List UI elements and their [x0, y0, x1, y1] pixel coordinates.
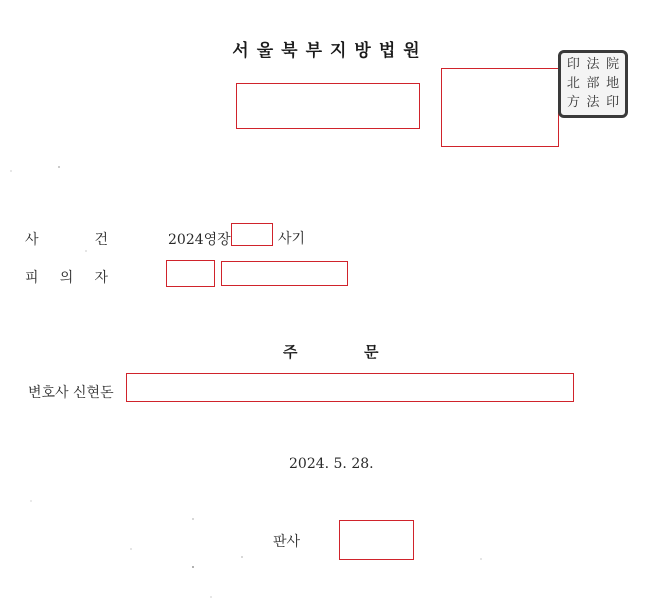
suspect-label-char: 자 — [94, 267, 108, 287]
case-number-prefix: 2024영장 — [168, 229, 231, 249]
seal-glyph: 法 — [584, 94, 603, 112]
redacted-judge-name — [339, 520, 414, 560]
case-label-char: 사 — [25, 229, 39, 249]
seal-glyph: 部 — [584, 75, 603, 93]
scan-speck — [210, 596, 212, 598]
seal-glyph: 北 — [564, 75, 583, 93]
order-heading-char-2: 문 — [364, 341, 379, 362]
suspect-label-char: 피 — [25, 267, 39, 287]
redacted-document-title — [236, 83, 420, 129]
suspect-label-char: 의 — [60, 267, 74, 287]
redacted-order-text — [126, 373, 574, 402]
scan-speck — [192, 566, 194, 568]
court-seal: 印 法 院 北 部 地 方 法 印 — [558, 50, 628, 118]
scan-speck — [30, 500, 32, 502]
seal-glyph: 印 — [603, 94, 622, 112]
seal-glyph: 方 — [564, 94, 583, 112]
scan-speck — [241, 556, 243, 558]
seal-glyph: 印 — [564, 56, 583, 74]
seal-glyph: 地 — [603, 75, 622, 93]
seal-glyph: 法 — [584, 56, 603, 74]
scan-speck — [85, 250, 87, 252]
redacted-suspect-name — [166, 260, 215, 287]
court-title: 서울북부지방법원 — [200, 36, 460, 61]
redacted-stamp-area — [441, 68, 559, 147]
scan-speck — [130, 548, 132, 550]
redacted-suspect-info — [221, 261, 348, 286]
document-date: 2024. 5. 28. — [289, 456, 374, 472]
suspect-label: 피 의 자 — [25, 267, 108, 287]
judge-label: 판사 — [273, 531, 300, 551]
redacted-case-number — [231, 223, 273, 246]
scan-speck — [58, 166, 60, 168]
scan-speck — [10, 170, 12, 172]
order-heading-char-1: 주 — [283, 341, 298, 362]
case-label-char: 건 — [94, 229, 108, 249]
seal-glyph: 院 — [603, 56, 622, 74]
case-type: 사기 — [278, 228, 305, 248]
scan-speck — [192, 518, 194, 520]
scan-speck — [480, 558, 482, 560]
case-label: 사 건 — [25, 229, 108, 249]
order-text-prefix: 변호사 신현돈 — [28, 382, 114, 402]
